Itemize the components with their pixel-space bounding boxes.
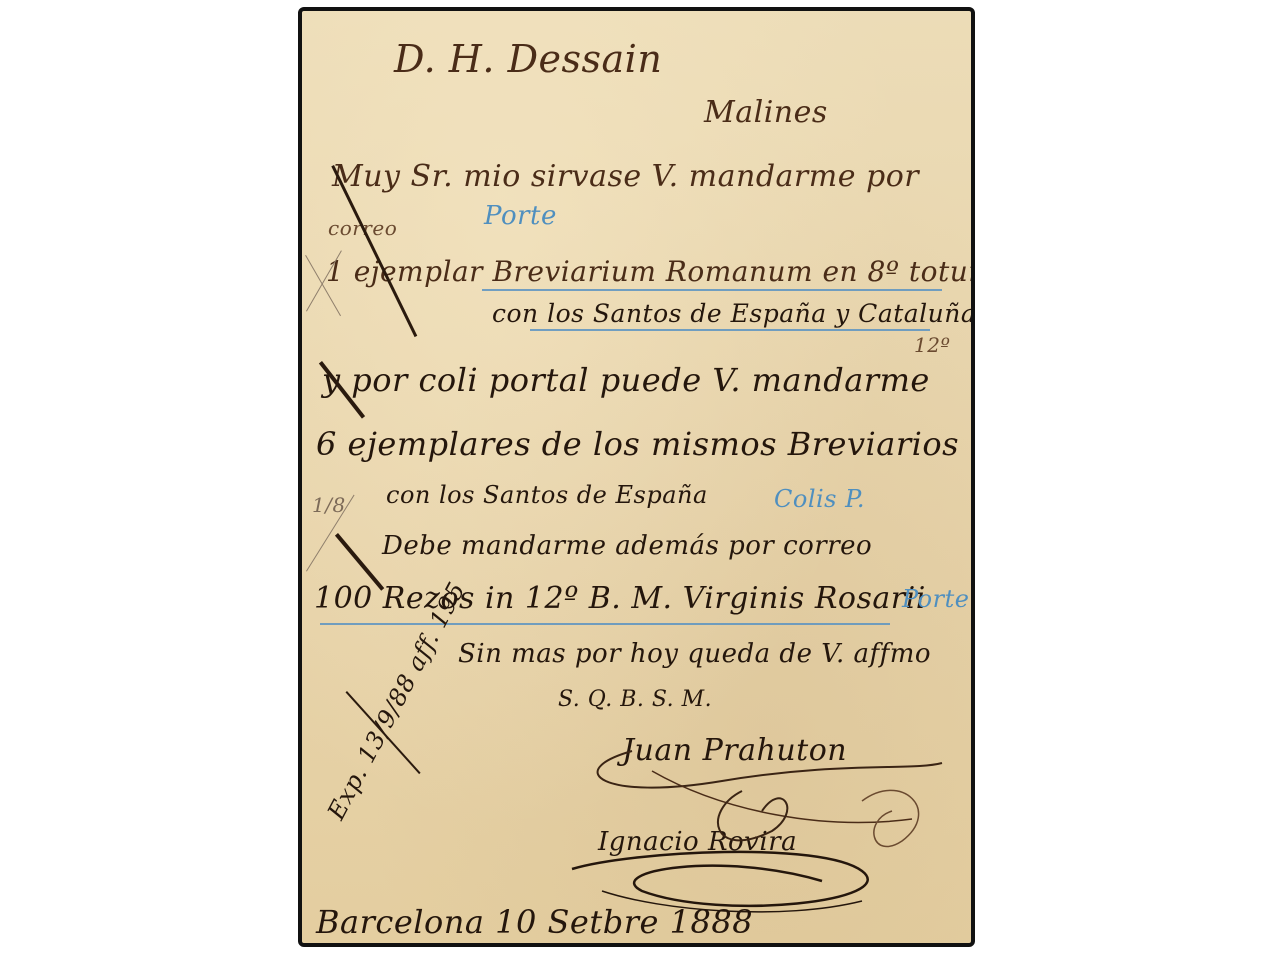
postcard: D. H. Dessain Malines Muy Sr. mio sirvas… [298,7,975,947]
signature-flourish [302,11,975,947]
